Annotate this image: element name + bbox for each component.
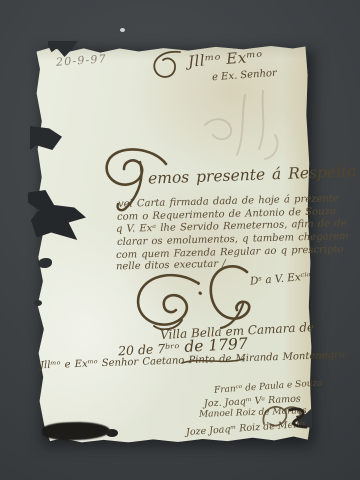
initial-G-flourish	[203, 260, 255, 330]
manuscript-photograph: 20-9-97 Jllᵐᵒ Exᵐᵒ e Ex. Senhor emos pre…	[0, 0, 360, 480]
ink-stain	[106, 429, 118, 437]
ink-show-through	[185, 85, 295, 175]
ink-blot-mark	[286, 406, 312, 430]
paper-tear	[34, 300, 42, 306]
pencil-archival-note: 20-9-97	[56, 53, 107, 68]
body-line: emos presente á Respeita	[148, 164, 357, 187]
calligraphic-flourish	[146, 46, 188, 90]
dust-speck	[120, 28, 125, 32]
initial-D-flourish	[132, 268, 204, 330]
